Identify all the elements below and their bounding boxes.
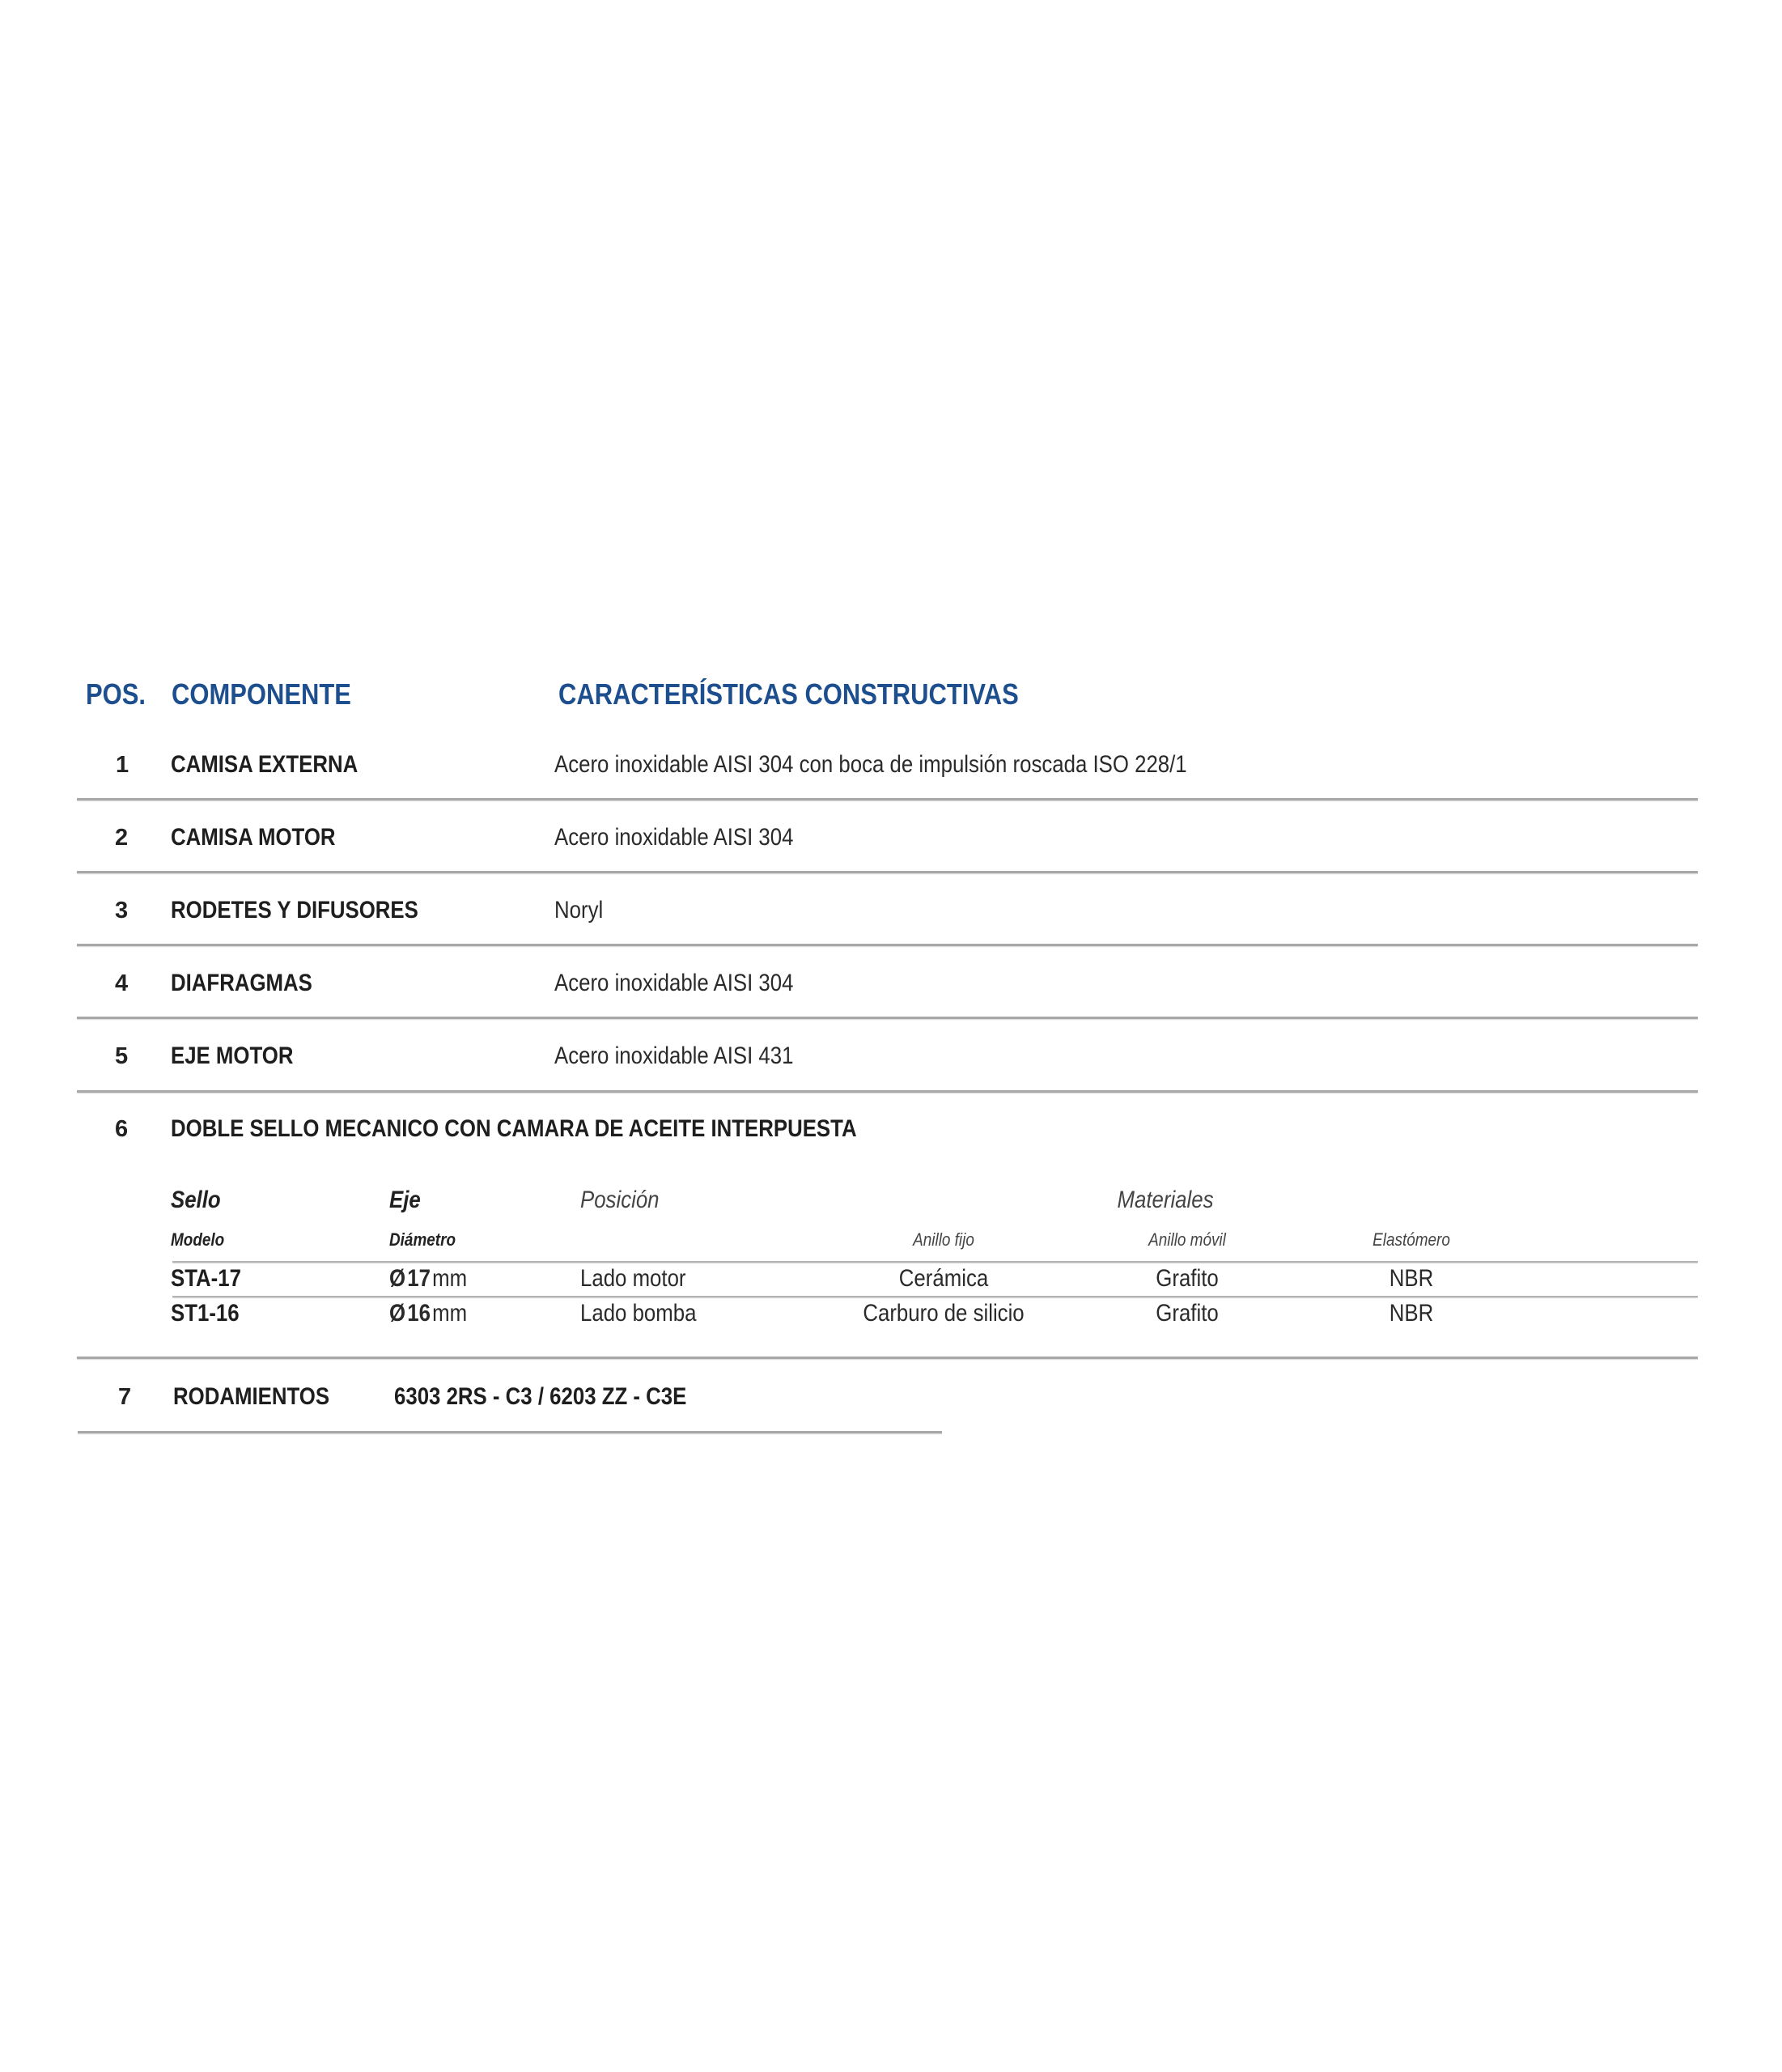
subheader-seal: Sello: [171, 1188, 221, 1212]
row-value: 6303 2RS - C3 / 6203 ZZ - C3E: [394, 1385, 686, 1409]
row-divider: [77, 871, 1698, 873]
seal-model: ST1-16: [171, 1301, 240, 1326]
subheader-materials: Materiales: [1117, 1188, 1213, 1212]
row-component: RODAMIENTOS: [173, 1385, 329, 1409]
row-pos: 6: [115, 1118, 128, 1141]
diameter-value: 16: [407, 1300, 431, 1327]
row-divider: [77, 1357, 1698, 1359]
seal-elastomer: NBR: [1390, 1301, 1433, 1326]
row-pos: 3: [115, 899, 128, 923]
row-divider: [77, 798, 1698, 800]
header-characteristics: CARACTERÍSTICAS CONSTRUCTIVAS: [558, 680, 1019, 709]
seal-diameter: Ø 16 mm: [389, 1301, 467, 1326]
row-divider: [78, 1431, 942, 1433]
subheader-position: Posición: [580, 1188, 660, 1212]
subheader-fixed-ring: Anillo fijo: [913, 1231, 974, 1249]
diameter-symbol: Ø: [389, 1265, 405, 1292]
seal-elastomer: NBR: [1390, 1267, 1433, 1291]
row-divider: [77, 944, 1698, 946]
seal-position: Lado motor: [580, 1267, 686, 1291]
header-component: COMPONENTE: [172, 680, 351, 709]
row-pos: 2: [115, 826, 128, 850]
seal-fixed-ring: Cerámica: [899, 1267, 988, 1291]
diameter-symbol: Ø: [389, 1300, 405, 1327]
row-value: Acero inoxidable AISI 304: [554, 971, 793, 996]
row-component: DIAFRAGMAS: [171, 971, 312, 996]
row-value: Noryl: [554, 898, 603, 923]
row-component: CAMISA MOTOR: [171, 826, 336, 850]
row-component: RODETES Y DIFUSORES: [171, 898, 418, 923]
seal-diameter: Ø 17 mm: [389, 1267, 467, 1291]
diameter-unit: mm: [432, 1265, 467, 1292]
subheader-model: Modelo: [171, 1231, 224, 1249]
row-pos: 7: [118, 1386, 131, 1409]
row-pos: 5: [115, 1045, 128, 1068]
row-divider: [77, 1090, 1698, 1093]
row-divider: [77, 1017, 1698, 1019]
subtable-divider: [172, 1296, 1698, 1297]
row-value: Acero inoxidable AISI 304 con boca de im…: [554, 753, 1187, 777]
subheader-elastomer: Elastómero: [1373, 1231, 1450, 1249]
diameter-value: 17: [407, 1265, 431, 1292]
subtable-divider: [172, 1261, 1698, 1263]
row-component: CAMISA EXTERNA: [171, 753, 358, 777]
subheader-diameter: Diámetro: [389, 1231, 456, 1249]
row-value: Acero inoxidable AISI 304: [554, 826, 793, 850]
row-component: DOBLE SELLO MECANICO CON CAMARA DE ACEIT…: [171, 1117, 857, 1141]
seal-model: STA-17: [171, 1267, 241, 1291]
seal-moving-ring: Grafito: [1156, 1267, 1218, 1291]
row-pos: 1: [116, 754, 129, 777]
row-value: Acero inoxidable AISI 431: [554, 1044, 793, 1068]
header-pos: POS.: [86, 680, 146, 709]
subheader-moving-ring: Anillo móvil: [1148, 1231, 1226, 1249]
row-pos: 4: [115, 972, 128, 996]
seal-moving-ring: Grafito: [1156, 1301, 1218, 1326]
seal-position: Lado bomba: [580, 1301, 696, 1326]
seal-fixed-ring: Carburo de silicio: [863, 1301, 1024, 1326]
row-component: EJE MOTOR: [171, 1044, 293, 1068]
diameter-unit: mm: [432, 1300, 467, 1327]
subheader-shaft: Eje: [389, 1188, 421, 1212]
